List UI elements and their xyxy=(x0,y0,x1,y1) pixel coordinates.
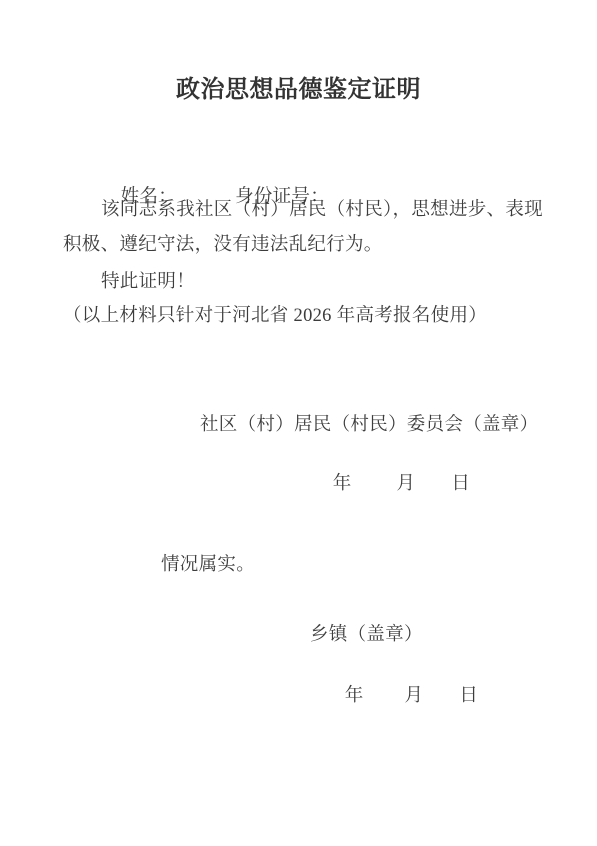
body-paragraph-line-1: 该同志系我社区（村）居民（村民），思想进步、表现 xyxy=(101,199,543,222)
committee-month-label: 月 xyxy=(397,474,416,494)
township-month-label: 月 xyxy=(405,686,424,706)
facts-confirmed-statement: 情况属实。 xyxy=(161,554,255,577)
committee-day-label: 日 xyxy=(451,474,470,494)
committee-year-label: 年 xyxy=(333,474,352,494)
usage-note-line: （以上材料只针对于河北省 2026 年高考报名使用） xyxy=(63,305,487,328)
township-date-line: 年月日 xyxy=(325,662,478,731)
body-paragraph-line-2: 积极、遵纪守法，没有违法乱纪行为。 xyxy=(63,234,383,257)
committee-signature-line: 社区（村）居民（村民）委员会（盖章） xyxy=(200,414,538,437)
township-signature-line: 乡镇（盖章） xyxy=(310,624,423,647)
township-day-label: 日 xyxy=(459,686,478,706)
document-title: 政治思想品德鉴定证明 xyxy=(0,69,597,104)
certificate-page: 政治思想品德鉴定证明 姓名：身份证号： 该同志系我社区（村）居民（村民），思想进… xyxy=(0,0,597,846)
township-year-label: 年 xyxy=(345,686,364,706)
hereby-certify-line: 特此证明！ xyxy=(101,271,195,294)
committee-date-line: 年月日 xyxy=(313,450,470,519)
